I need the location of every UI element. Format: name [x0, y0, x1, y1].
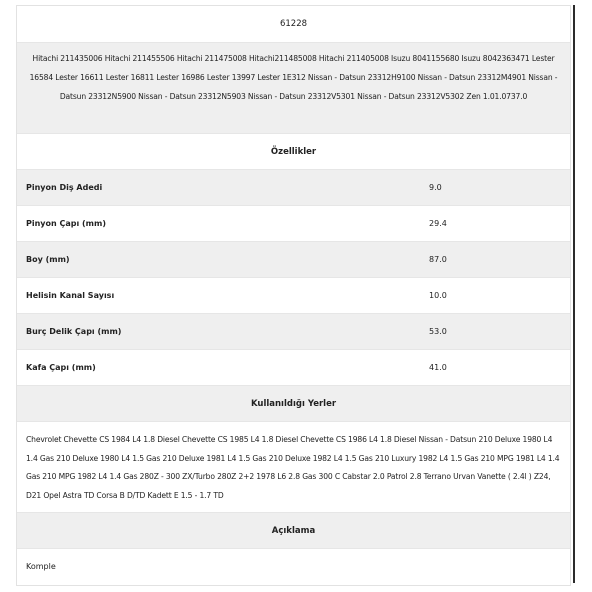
property-label: Burç Delik Çapı (mm)	[17, 327, 429, 336]
property-value: 10.0	[429, 291, 570, 300]
description-text: Komple	[26, 562, 56, 571]
property-value: 41.0	[429, 363, 570, 372]
usage-heading-row: Kullanıldığı Yerler	[17, 386, 570, 422]
usage-heading: Kullanıldığı Yerler	[251, 399, 336, 409]
cross-reference-row: Hitachi 211435006 Hitachi 211455506 Hita…	[17, 43, 570, 134]
property-label: Helisin Kanal Sayısı	[17, 291, 429, 300]
property-value: 53.0	[429, 327, 570, 336]
usage-row: Chevrolet Chevette CS 1984 L4 1.8 Diesel…	[17, 422, 570, 513]
table-row: Helisin Kanal Sayısı 10.0	[17, 278, 570, 314]
description-heading: Açıklama	[272, 526, 315, 536]
table-row: Pinyon Çapı (mm) 29.4	[17, 206, 570, 242]
table-row: Burç Delik Çapı (mm) 53.0	[17, 314, 570, 350]
compatible-vehicles-list: Chevrolet Chevette CS 1984 L4 1.8 Diesel…	[26, 435, 559, 500]
table-row: Pinyon Diş Adedi 9.0	[17, 170, 570, 206]
product-spec-table: 61228 Hitachi 211435006 Hitachi 21145550…	[16, 5, 571, 586]
description-heading-row: Açıklama	[17, 513, 570, 549]
description-row: Komple	[17, 549, 570, 585]
property-label: Pinyon Diş Adedi	[17, 183, 429, 192]
cross-reference-list: Hitachi 211435006 Hitachi 211455506 Hita…	[30, 54, 558, 101]
property-label: Kafa Çapı (mm)	[17, 363, 429, 372]
property-label: Boy (mm)	[17, 255, 429, 264]
table-row: Boy (mm) 87.0	[17, 242, 570, 278]
table-row: Kafa Çapı (mm) 41.0	[17, 350, 570, 386]
features-heading: Özellikler	[271, 147, 316, 157]
window-edge-line	[573, 5, 575, 583]
product-code-row: 61228	[17, 6, 570, 43]
property-value: 87.0	[429, 255, 570, 264]
product-code: 61228	[280, 19, 307, 29]
property-value: 9.0	[429, 183, 570, 192]
features-heading-row: Özellikler	[17, 134, 570, 170]
property-label: Pinyon Çapı (mm)	[17, 219, 429, 228]
property-value: 29.4	[429, 219, 570, 228]
